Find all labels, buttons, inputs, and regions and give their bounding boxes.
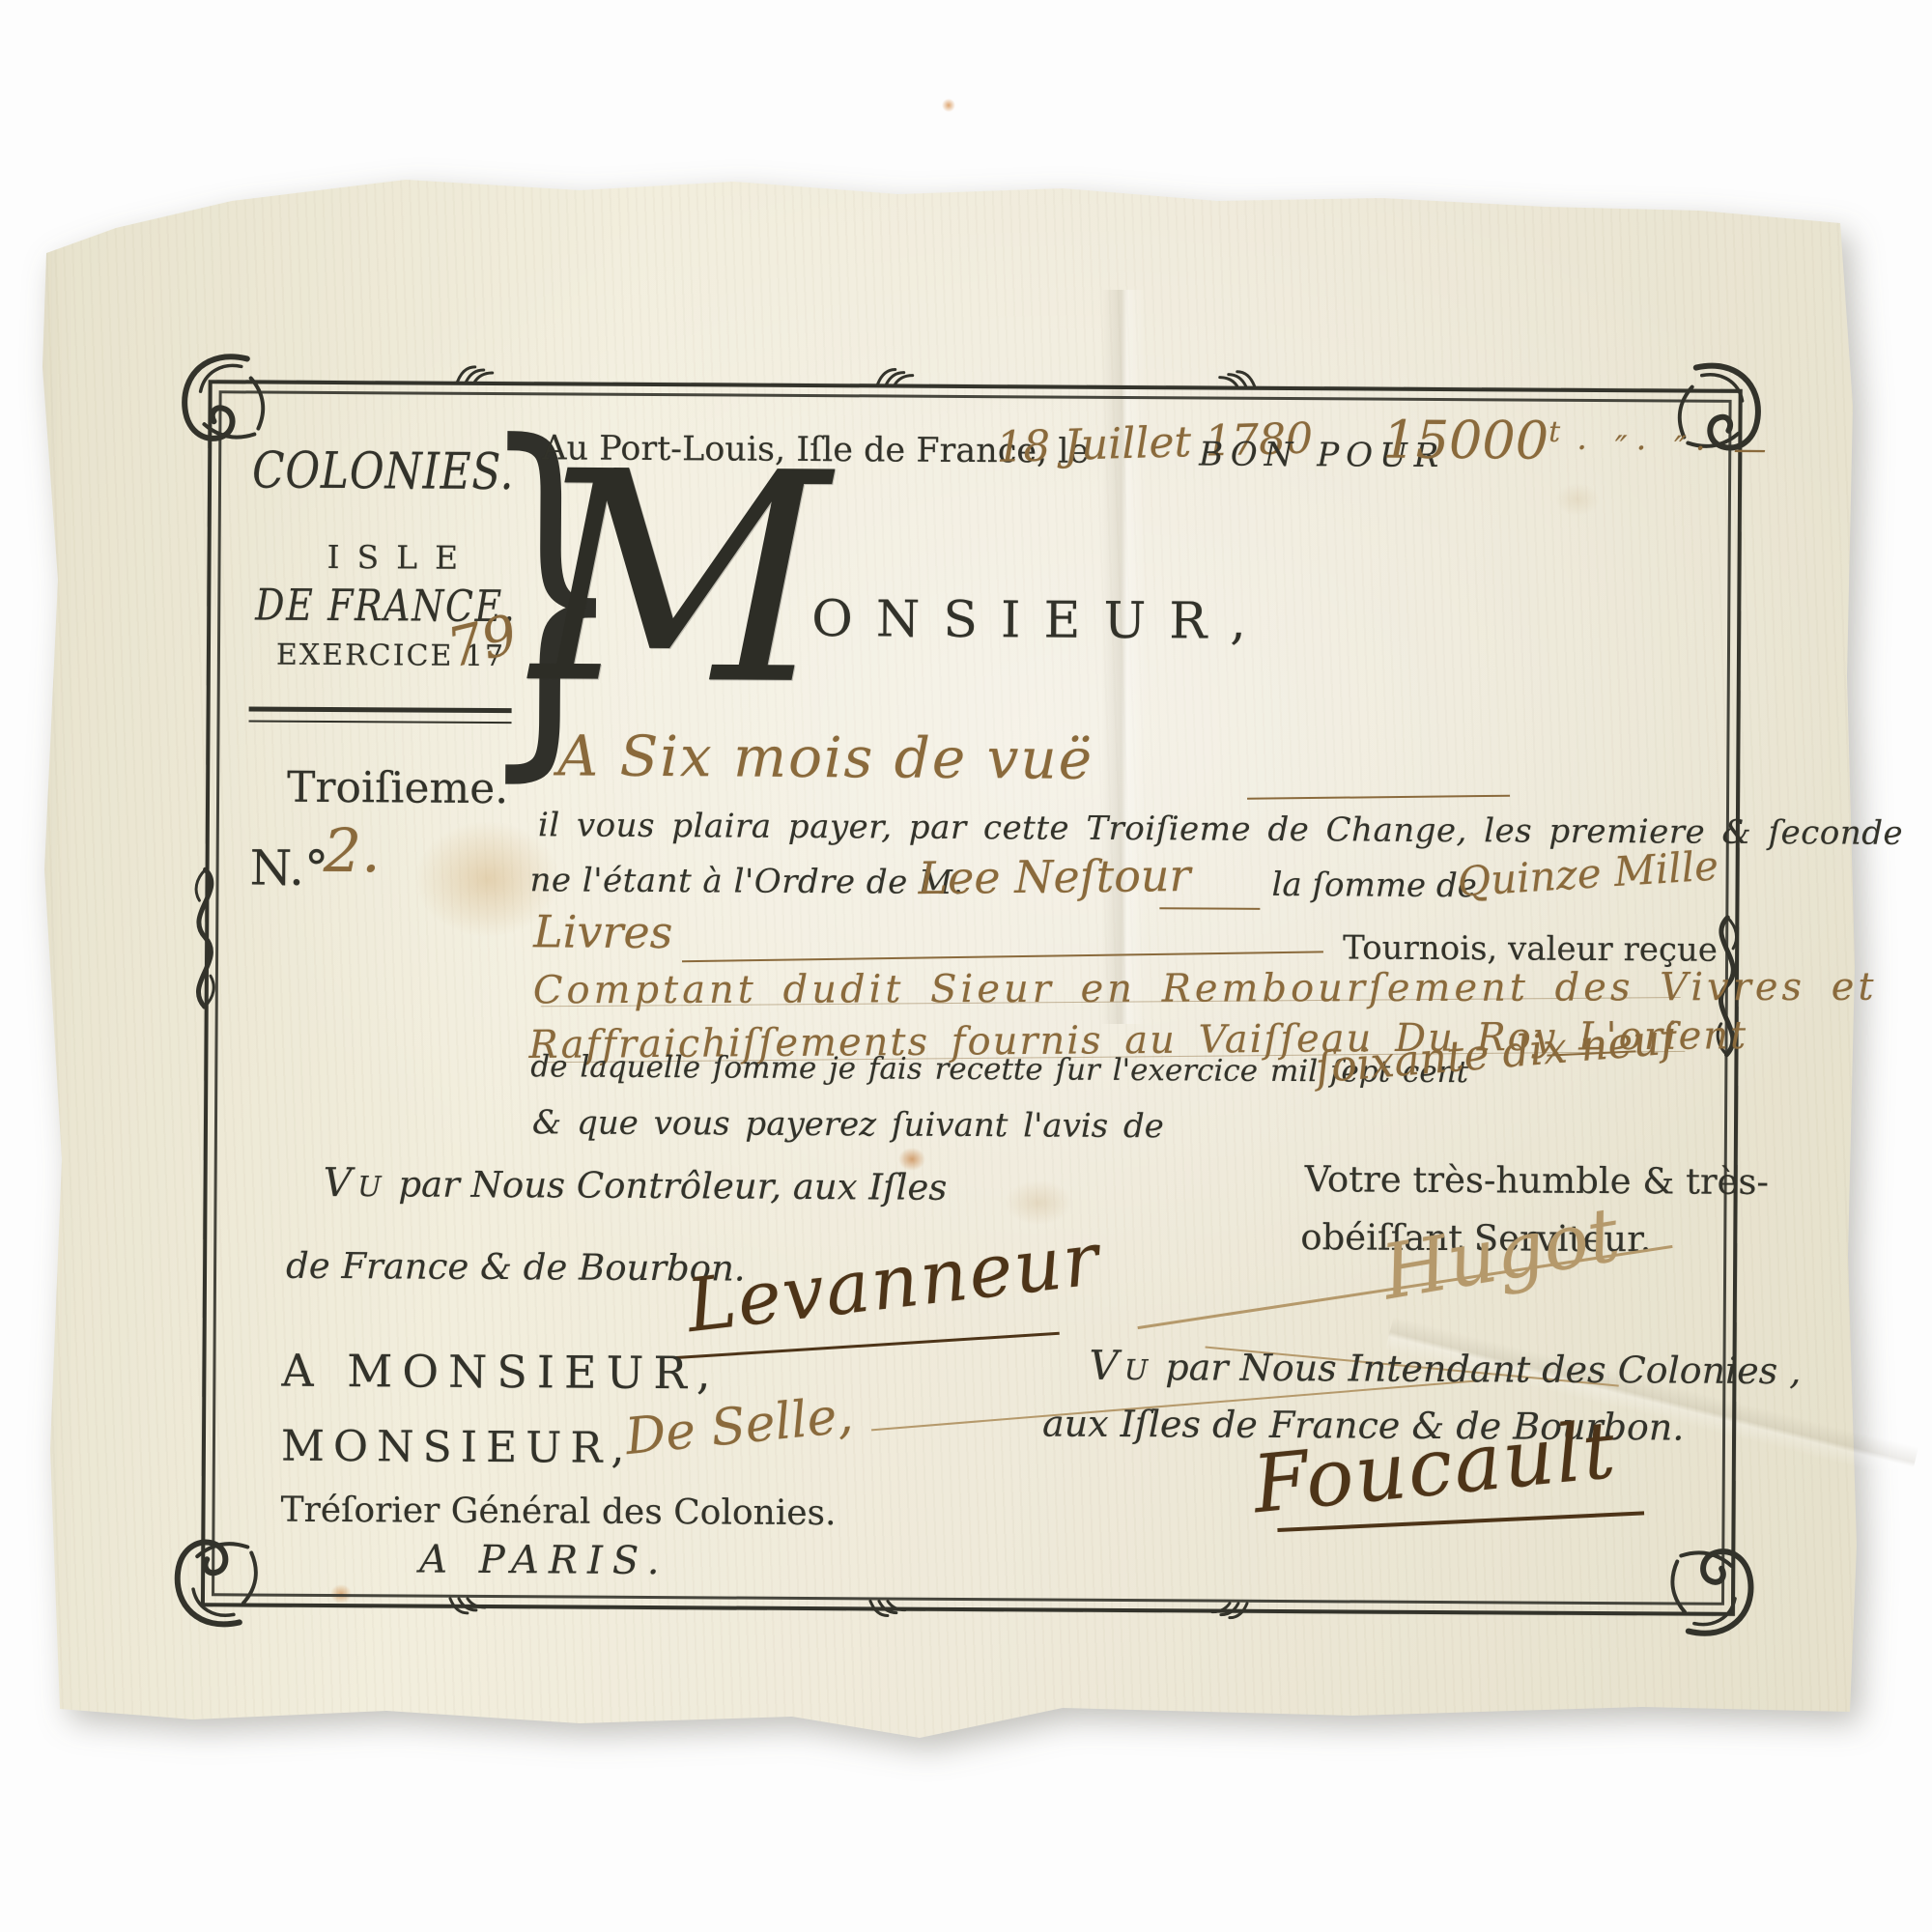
controleur-line-1-text: par Nous Contrôleur, aux Iſles — [398, 1163, 947, 1207]
numero-value-handwriting: 2. — [324, 821, 382, 881]
monsieur-heading: ONSIEUR, — [811, 594, 1269, 647]
scanned-document: { "colors": { "paper": "#efead8", "print… — [0, 0, 1932, 1932]
intendant-vu: Vu — [1089, 1342, 1153, 1389]
controleur-line-2: de France & de Bourbon. — [286, 1248, 746, 1287]
printed-form: COLONIES. ISLE DE FRANCE. EXERCICE 17 79… — [0, 0, 1932, 1932]
address-line-1: A MONSIEUR, — [281, 1349, 720, 1396]
body-line-2-post: la ſomme de — [1271, 868, 1477, 902]
controleur-vu: Vu — [323, 1159, 386, 1206]
amount-ditto-marks: · ″· ″· — — [1577, 429, 1775, 469]
serviteur-line-1: Votre très-humble & très- — [1305, 1161, 1770, 1200]
monogram-m: M — [531, 434, 830, 725]
controleur-line-1: Vu par Nous Contrôleur, aux Iſles — [323, 1163, 947, 1207]
copy-rank-label: Troiſieme. — [287, 767, 508, 810]
amount-handwriting: 15000t · ″· ″· — — [1382, 414, 1775, 469]
amount-superscript: t — [1548, 415, 1560, 449]
term-handwriting: A Six mois de vuë — [557, 727, 1094, 786]
intendant-line-1: Vu par Nous Intendant des Colonies , — [1089, 1346, 1801, 1391]
body-line-5: & que vous payerez ſuivant l'avis de — [532, 1106, 1164, 1143]
address-line-2: MONSIEUR, — [281, 1426, 634, 1470]
numero-label: N.° — [249, 843, 328, 892]
intendant-line-1-text: par Nous Intendant des Colonies , — [1165, 1346, 1801, 1392]
amount-figures: 15000 — [1382, 410, 1548, 471]
address-line-4: A PARIS. — [419, 1541, 669, 1581]
body-line-2-pre: ne l'étant à l'Ordre de M. — [529, 864, 963, 899]
address-line-3: Tréſorier Général des Colonies. — [280, 1493, 836, 1532]
body-line-3-right: Tournois, valeur reçue — [1343, 931, 1718, 966]
isle-label: ISLE — [327, 541, 475, 574]
colonies-label-text: COLONIES. — [252, 445, 515, 497]
exercice-underline-rule — [249, 706, 512, 724]
payee-handwriting: Lee Neſtour — [918, 853, 1190, 900]
amount-words2-handwriting: Livres — [533, 909, 672, 954]
